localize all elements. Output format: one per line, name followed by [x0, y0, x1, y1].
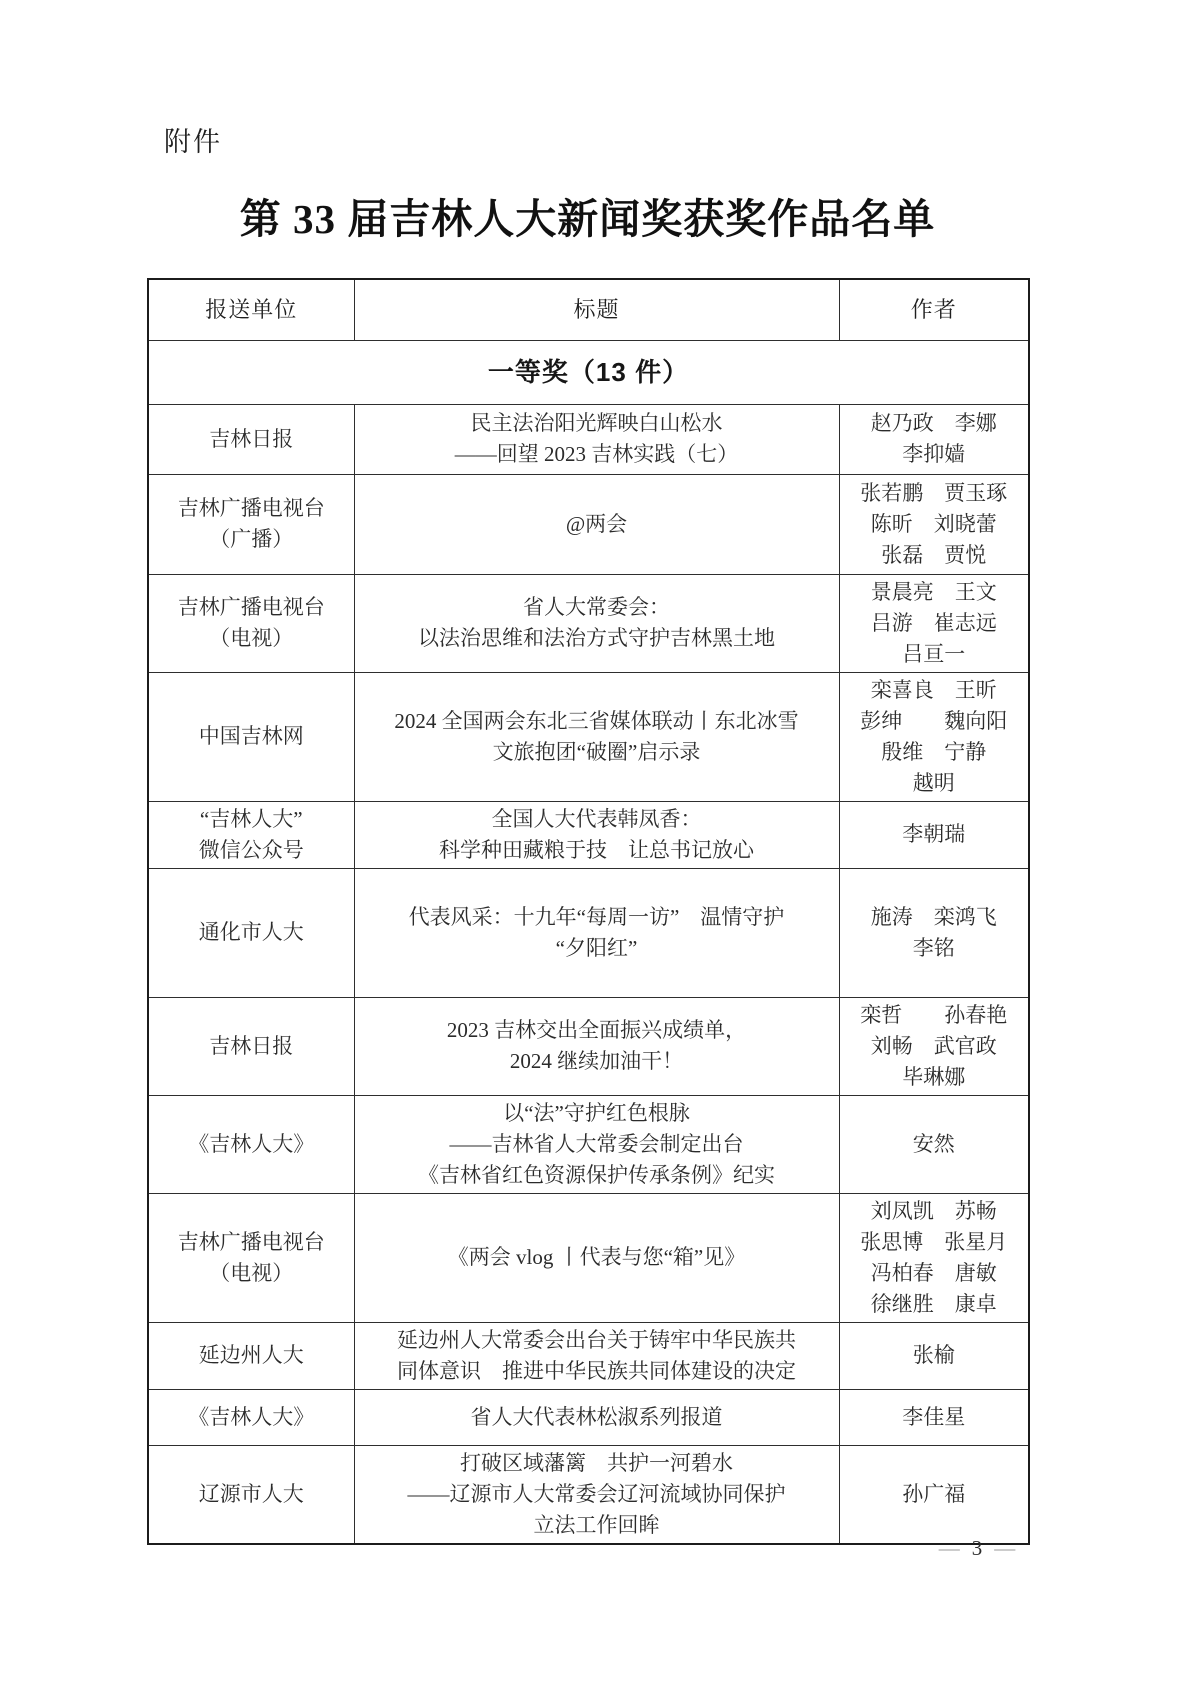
org-cell: 延边州人大	[148, 1322, 354, 1389]
title-cell: 民主法治阳光辉映白山松水 ——回望 2023 吉林实践（七）	[354, 404, 839, 474]
title-cell: 全国人大代表韩凤香： 科学种田藏粮于技 让总书记放心	[354, 801, 839, 868]
org-cell: “吉林人大” 微信公众号	[148, 801, 354, 868]
table-row: 吉林广播电视台 （电视） 省人大常委会： 以法治思维和法治方式守护吉林黑土地 景…	[148, 574, 1029, 672]
title-cell: 延边州人大常委会出台关于铸牢中华民族共 同体意识 推进中华民族共同体建设的决定	[354, 1322, 839, 1389]
authors-cell: 孙广福	[839, 1445, 1029, 1544]
org-cell: 吉林日报	[148, 404, 354, 474]
column-header-org: 报送单位	[148, 279, 354, 340]
table-row: 辽源市人大 打破区域藩篱 共护一河碧水 ——辽源市人大常委会辽河流域协同保护 立…	[148, 1445, 1029, 1544]
table-row: 《吉林人大》 以“法”守护红色根脉 ——吉林省人大常委会制定出台 《吉林省红色资…	[148, 1095, 1029, 1193]
document-page: 附件 第 33 届吉林人大新闻奖获奖作品名单 报送单位 标题 作者 一等奖（13…	[0, 0, 1199, 1696]
title-cell: 2023 吉林交出全面振兴成绩单， 2024 继续加油干！	[354, 997, 839, 1095]
table-row: 延边州人大 延边州人大常委会出台关于铸牢中华民族共 同体意识 推进中华民族共同体…	[148, 1322, 1029, 1389]
table-row: 《吉林人大》 省人大代表林松淑系列报道 李佳星	[148, 1389, 1029, 1445]
authors-cell: 张榆	[839, 1322, 1029, 1389]
page-number-dash-right: —	[984, 1536, 1027, 1560]
table-row: “吉林人大” 微信公众号 全国人大代表韩凤香： 科学种田藏粮于技 让总书记放心 …	[148, 801, 1029, 868]
title-cell: 2024 全国两会东北三省媒体联动丨东北冰雪 文旅抱团“破圈”启示录	[354, 672, 839, 801]
page-number: —3—	[928, 1536, 1028, 1561]
page-number-dash-left: —	[929, 1536, 972, 1560]
org-cell: 辽源市人大	[148, 1445, 354, 1544]
authors-cell: 李佳星	[839, 1389, 1029, 1445]
title-cell: 省人大常委会： 以法治思维和法治方式守护吉林黑土地	[354, 574, 839, 672]
page-title: 第 33 届吉林人大新闻奖获奖作品名单	[147, 186, 1028, 245]
title-cell: 打破区域藩篱 共护一河碧水 ——辽源市人大常委会辽河流域协同保护 立法工作回眸	[354, 1445, 839, 1544]
table-header-row: 报送单位 标题 作者	[148, 279, 1029, 340]
authors-cell: 刘凤凯 苏畅 张思博 张星月 冯柏春 唐敏 徐继胜 康卓	[839, 1193, 1029, 1322]
table-row: 吉林日报 民主法治阳光辉映白山松水 ——回望 2023 吉林实践（七） 赵乃政 …	[148, 404, 1029, 474]
table-row: 吉林日报 2023 吉林交出全面振兴成绩单， 2024 继续加油干！ 栾哲 孙春…	[148, 997, 1029, 1095]
title-cell: 以“法”守护红色根脉 ——吉林省人大常委会制定出台 《吉林省红色资源保护传承条例…	[354, 1095, 839, 1193]
table-row: 通化市人大 代表风采：十九年“每周一访” 温情守护 “夕阳红” 施涛 栾鸿飞 李…	[148, 868, 1029, 997]
title-cell: 省人大代表林松淑系列报道	[354, 1389, 839, 1445]
org-cell: 吉林广播电视台 （电视）	[148, 1193, 354, 1322]
table-row: 中国吉林网 2024 全国两会东北三省媒体联动丨东北冰雪 文旅抱团“破圈”启示录…	[148, 672, 1029, 801]
authors-cell: 赵乃政 李娜 李抑嫱	[839, 404, 1029, 474]
authors-cell: 安然	[839, 1095, 1029, 1193]
table-row: 吉林广播电视台 （电视） 《两会 vlog 丨代表与您“箱”见》 刘凤凯 苏畅 …	[148, 1193, 1029, 1322]
authors-cell: 施涛 栾鸿飞 李铭	[839, 868, 1029, 997]
org-cell: 吉林日报	[148, 997, 354, 1095]
org-cell: 《吉林人大》	[148, 1095, 354, 1193]
org-cell: 中国吉林网	[148, 672, 354, 801]
title-cell: 《两会 vlog 丨代表与您“箱”见》	[354, 1193, 839, 1322]
column-header-authors: 作者	[839, 279, 1029, 340]
title-cell: 代表风采：十九年“每周一访” 温情守护 “夕阳红”	[354, 868, 839, 997]
org-cell: 《吉林人大》	[148, 1389, 354, 1445]
authors-cell: 李朝瑞	[839, 801, 1029, 868]
column-header-title: 标题	[354, 279, 839, 340]
award-winners-table: 报送单位 标题 作者 一等奖（13 件） 吉林日报 民主法治阳光辉映白山松水 —…	[147, 278, 1030, 1545]
section-header-row: 一等奖（13 件）	[148, 340, 1029, 404]
org-cell: 吉林广播电视台 （电视）	[148, 574, 354, 672]
org-cell: 吉林广播电视台 （广播）	[148, 474, 354, 574]
authors-cell: 张若鹏 贾玉琢 陈昕 刘晓蕾 张磊 贾悦	[839, 474, 1029, 574]
authors-cell: 景晨亮 王文 吕游 崔志远 吕亘一	[839, 574, 1029, 672]
authors-cell: 栾喜良 王昕 彭绅 魏向阳 殷维 宁静 越明	[839, 672, 1029, 801]
authors-cell: 栾哲 孙春艳 刘畅 武官政 毕琳娜	[839, 997, 1029, 1095]
attachment-label: 附件	[164, 120, 222, 159]
title-cell: @两会	[354, 474, 839, 574]
section-header-first-prize: 一等奖（13 件）	[148, 340, 1029, 404]
org-cell: 通化市人大	[148, 868, 354, 997]
page-number-value: 3	[972, 1536, 985, 1560]
table-row: 吉林广播电视台 （广播） @两会 张若鹏 贾玉琢 陈昕 刘晓蕾 张磊 贾悦	[148, 474, 1029, 574]
